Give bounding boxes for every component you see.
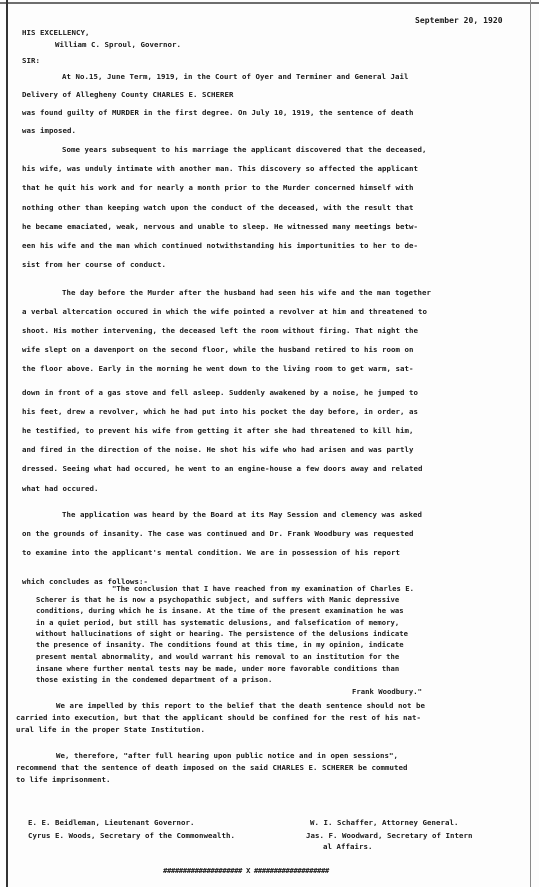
end-separator: #################### X #################… [163,866,329,875]
page-top-border [0,2,539,4]
signature-secretary-internal-affairs-cont: al Affairs. [323,842,373,851]
salutation-name: William C. Sproul, Governor. [55,40,181,49]
salutation-title: HIS EXCELLENCY, [22,28,90,37]
signature-secretary-internal-affairs: Jas. F. Woodward, Secretary of Intern [306,831,472,840]
signature-lieutenant-governor: E. E. Beidleman, Lieutenant Governor. [28,818,194,827]
signature-attorney-general: W. I. Schaffer, Attorney General. [310,818,459,827]
document-page: September 20, 1920 HIS EXCELLENCY, Willi… [0,0,539,887]
salutation-sir: SIR: [22,56,40,65]
signature-secretary-commonwealth: Cyrus E. Woods, Secretary of the Commonw… [28,831,235,840]
document-date: September 20, 1920 [415,16,503,25]
page-right-border [530,0,531,887]
page-left-border [6,0,8,887]
quote-signature: Frank Woodbury." [352,688,422,697]
